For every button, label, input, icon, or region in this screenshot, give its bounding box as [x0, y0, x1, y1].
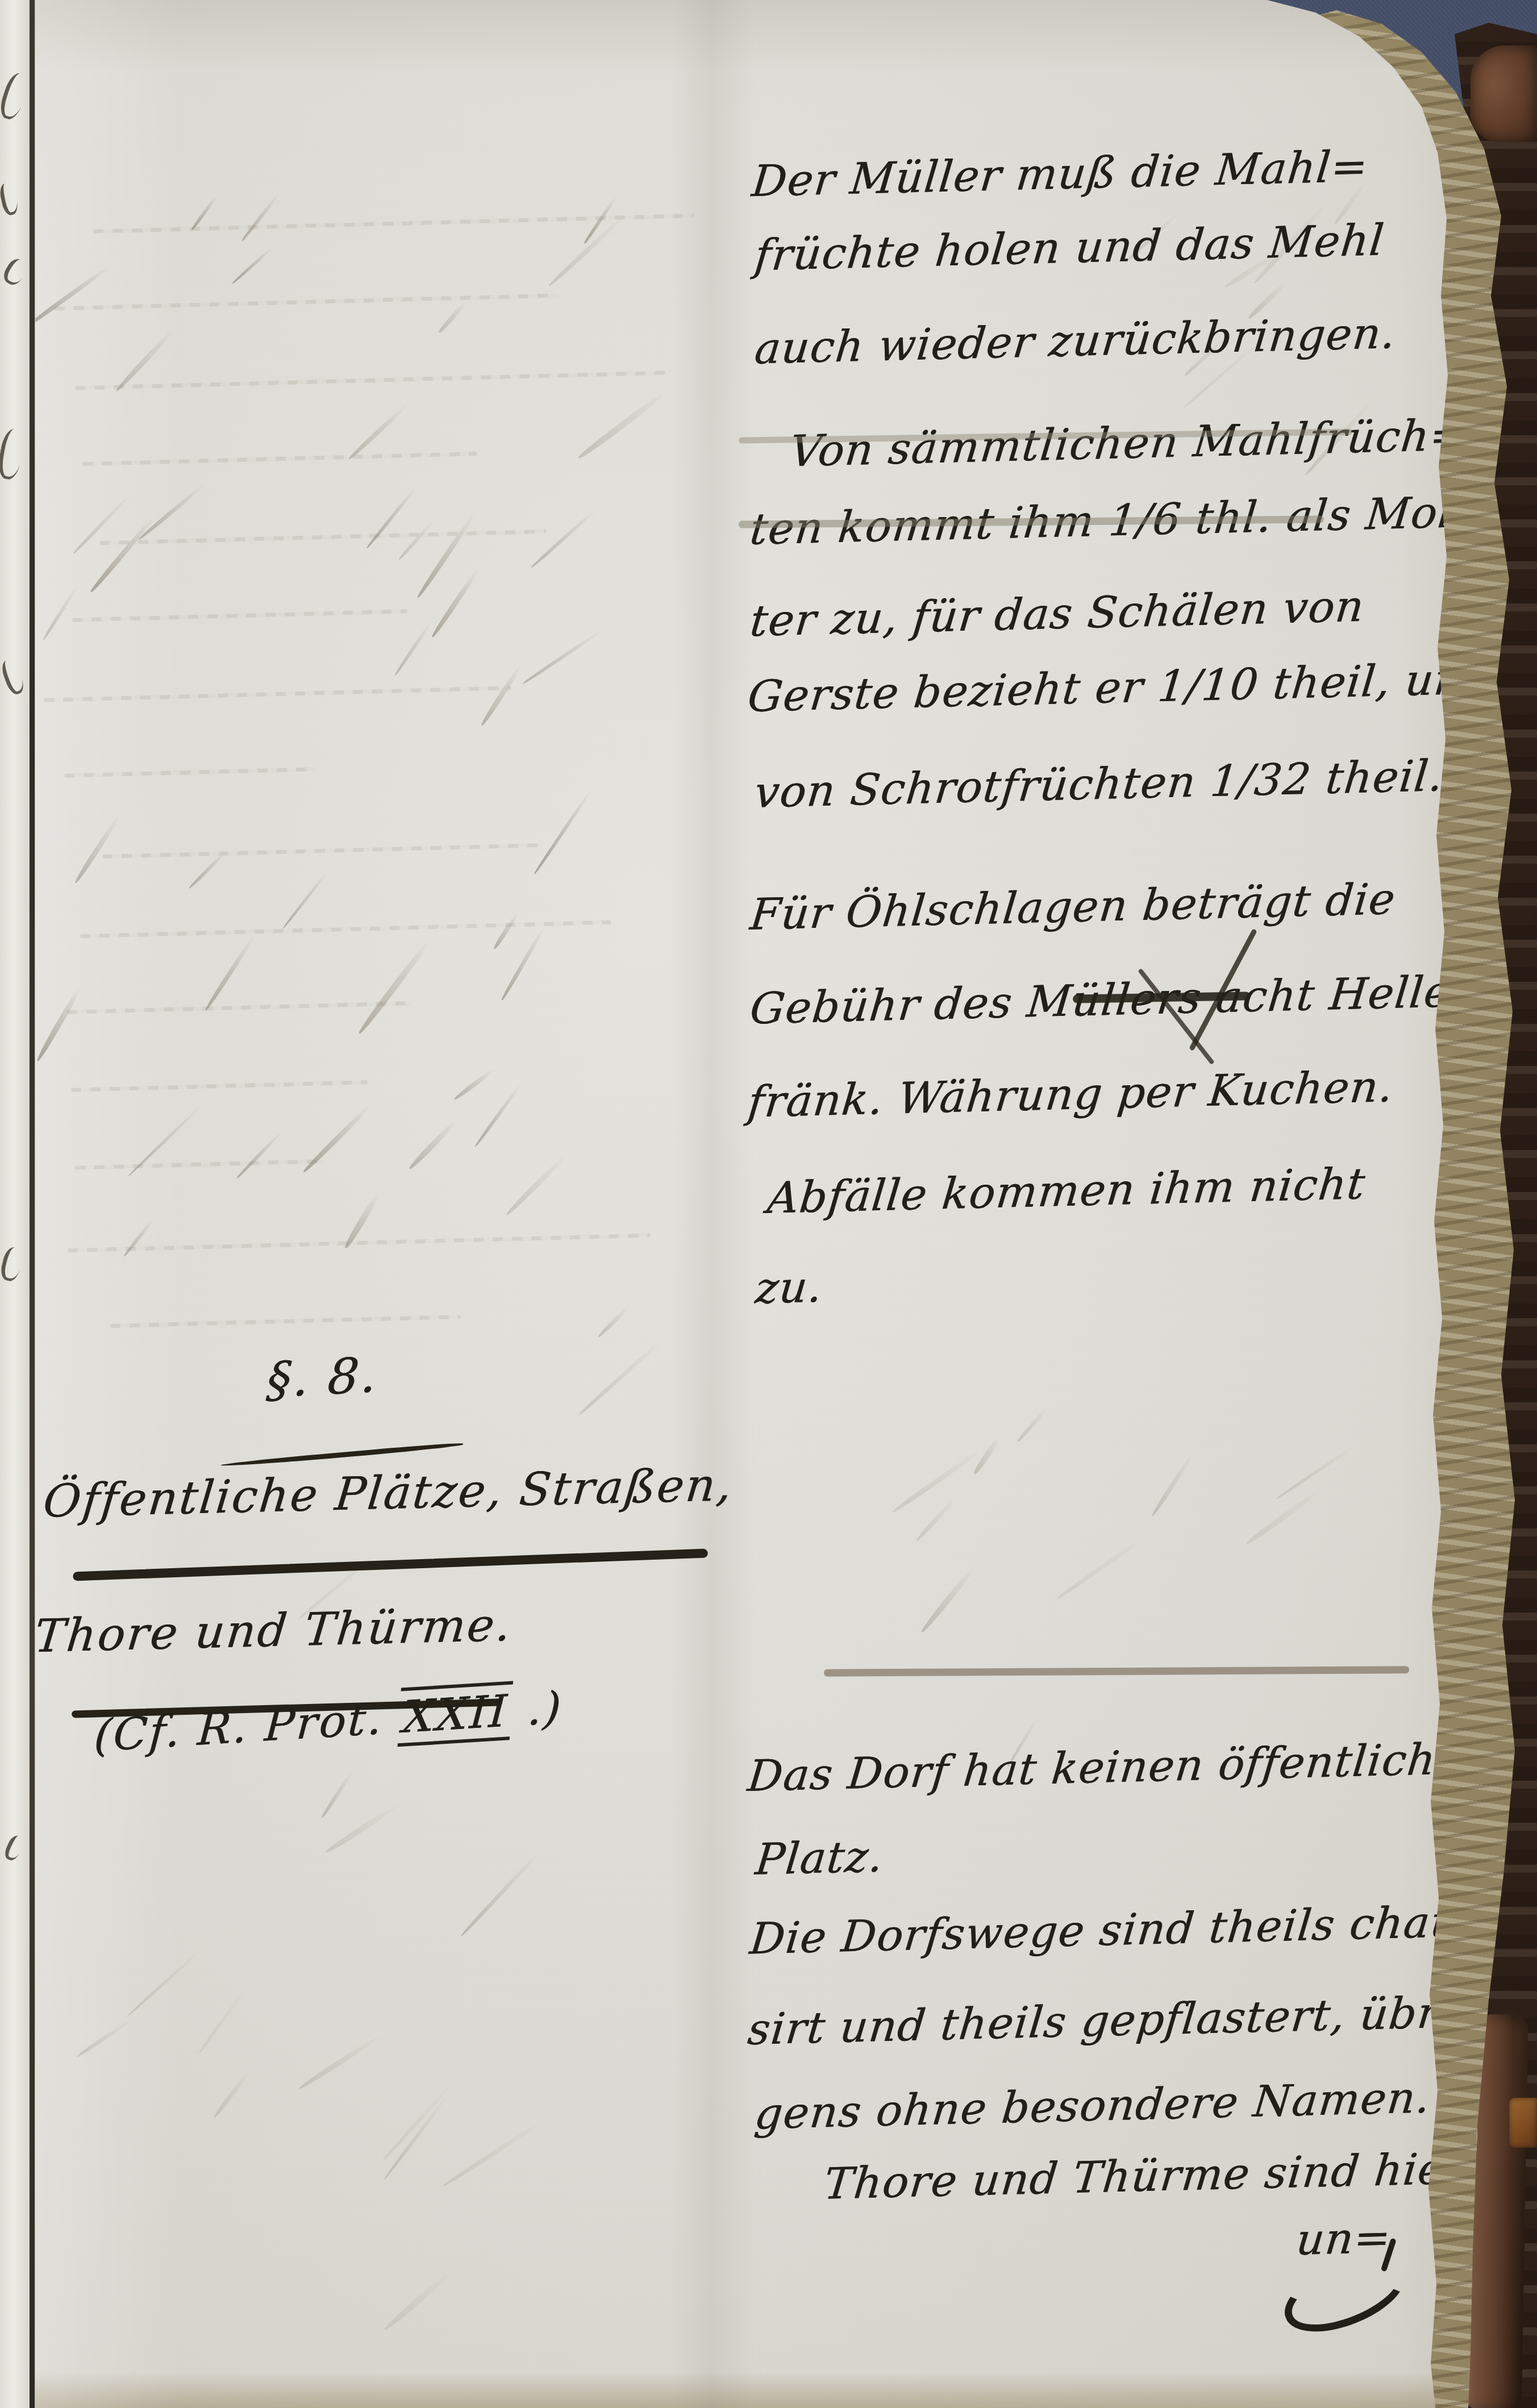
handwritten-line: sirt und theils gepflastert, übri=	[746, 1990, 1493, 2051]
bleed-through-scribble	[44, 686, 511, 702]
bleed-through-scribble	[110, 1315, 461, 1328]
leather-patch	[1471, 45, 1537, 142]
ink-fragment	[0, 657, 27, 697]
bleed-through-stroke	[533, 790, 592, 874]
bleed-through-stroke	[25, 265, 110, 329]
ink-fragment	[0, 427, 26, 481]
bleed-through-stroke	[320, 1772, 353, 1819]
handwritten-line: Abfälle kommen ihm nicht	[765, 1162, 1368, 1220]
bleed-through-stroke	[241, 193, 280, 242]
bleed-through-stroke	[213, 2073, 248, 2118]
handwritten-line: von Schrotfrüchten 1/32 theil.	[753, 754, 1446, 814]
bleed-through-stroke	[1245, 1490, 1319, 1547]
bleed-through-stroke	[531, 510, 595, 569]
bleed-through-stroke	[453, 1068, 495, 1101]
bleed-through-scribble	[55, 293, 557, 310]
bleed-through-scribble	[67, 1001, 411, 1014]
page-fold-line	[30, 0, 35, 2408]
bleed-through-stroke	[492, 913, 519, 950]
section-mark: §. 8.	[265, 1351, 380, 1405]
bleed-through-stroke	[578, 1342, 660, 1416]
bleed-through-stroke	[42, 585, 79, 641]
bleed-through-stroke	[500, 928, 544, 1001]
bleed-through-stroke	[188, 851, 227, 890]
handwritten-line: fränk. Währung per Kuchen.	[746, 1065, 1396, 1124]
bleed-through-scribble	[72, 609, 407, 622]
handwritten-line: Thore und Thürme sind hier	[822, 2147, 1468, 2205]
handwritten-line: ter zu, für das Schälen von	[748, 585, 1367, 643]
book-clasp	[1509, 2098, 1537, 2148]
protocol-reference-prefix: (Cf. R. Prot.	[93, 1693, 385, 1762]
bleed-through-stroke	[231, 246, 274, 285]
handwritten-line: Das Dorf hat keinen öffentlichen	[746, 1736, 1494, 1798]
bleed-through-scribble	[71, 1080, 368, 1092]
bleed-through-stroke	[383, 2097, 447, 2181]
bleed-through-stroke	[548, 216, 624, 288]
bleed-through-stroke	[198, 1992, 244, 2054]
ink-fragment	[0, 256, 30, 288]
bleed-through-stroke	[126, 1950, 201, 2017]
bleed-through-stroke	[357, 941, 430, 1035]
bleed-through-scribble	[68, 1234, 651, 1253]
protocol-reference-suffix: .)	[526, 1682, 564, 1736]
bleed-through-scribble	[82, 452, 477, 466]
bleed-through-scribble	[75, 1159, 325, 1170]
section-heading-line-1: Öffentliche Plätze, Straßen,	[41, 1462, 735, 1524]
bleed-through-stroke	[73, 816, 120, 885]
handwritten-line: Die Dorfswege sind theils chaus=	[748, 1899, 1521, 1961]
bleed-through-stroke	[282, 872, 327, 930]
smudge-line	[824, 1666, 1409, 1676]
bleed-through-scribble	[99, 530, 547, 545]
flourish-swirl	[1274, 2242, 1417, 2347]
handwritten-line: zu.	[753, 1265, 824, 1310]
bleed-through-stroke	[324, 1804, 398, 1855]
bleed-through-stroke	[35, 987, 82, 1062]
bleed-through-stroke	[383, 2273, 449, 2332]
bleed-through-stroke	[460, 1853, 538, 1937]
bleed-through-stroke	[204, 936, 255, 1011]
ink-fragment	[0, 70, 31, 122]
bleed-through-stroke	[1276, 1446, 1354, 1500]
heading-underline-1	[73, 1549, 708, 1581]
protocol-reference: (Cf. R. Prot. XXII .)	[93, 1686, 564, 1759]
bleed-through-scribble	[80, 920, 611, 938]
bleed-through-scribble	[75, 370, 666, 390]
bleed-through-stroke	[407, 1120, 457, 1171]
handwritten-line: gens ohne besondere Namen.	[753, 2076, 1433, 2136]
section-heading-line-2: Thore und Thürme.	[32, 1602, 514, 1659]
bleed-through-stroke	[1017, 1407, 1048, 1443]
bleed-through-stroke	[915, 1498, 956, 1542]
bleed-through-stroke	[480, 665, 522, 727]
bleed-through-stroke	[597, 1306, 629, 1338]
bleed-through-stroke	[522, 631, 601, 685]
bleed-through-stroke	[441, 2123, 539, 2189]
bleed-through-stroke	[430, 569, 479, 639]
ink-fragment	[0, 1245, 25, 1283]
bleed-through-stroke	[438, 301, 467, 334]
bleed-through-stroke	[892, 1450, 980, 1514]
bleed-through-stroke	[920, 1567, 976, 1634]
handwritten-line: Gerste bezieht er 1/10 theil, und	[746, 657, 1494, 718]
protocol-reference-numeral: XXII	[397, 1681, 513, 1747]
ink-fragment	[0, 182, 20, 216]
bleed-through-stroke	[138, 484, 205, 541]
bleed-through-stroke	[298, 2035, 380, 2090]
section-mark-underline	[220, 1442, 463, 1468]
handwritten-line: früchte holen und das Mehl	[753, 219, 1386, 277]
ink-fragment	[2, 1834, 26, 1863]
bleed-through-scribble	[93, 214, 694, 234]
handwritten-line: Der Müller muß die Mahl=	[750, 145, 1371, 203]
bleed-through-stroke	[236, 1131, 282, 1180]
handwritten-line: Platz.	[753, 1835, 886, 1881]
bleed-through-stroke	[76, 2020, 130, 2059]
bleed-through-stroke	[394, 621, 432, 676]
bleed-through-stroke	[123, 1218, 155, 1257]
bleed-through-scribble	[102, 843, 543, 859]
bleed-through-scribble	[64, 767, 315, 778]
bleed-through-stroke	[1056, 1540, 1140, 1601]
bleed-through-stroke	[505, 1155, 566, 1217]
bleed-through-stroke	[73, 495, 130, 555]
bleed-through-stroke	[577, 392, 665, 460]
bleed-through-stroke	[382, 2088, 449, 2161]
bleed-through-stroke	[1151, 1453, 1194, 1518]
bleed-through-stroke	[474, 1084, 522, 1148]
bleed-through-stroke	[398, 520, 434, 560]
handwritten-line: auch wieder zurückbringen.	[753, 311, 1398, 370]
bleed-through-stroke	[972, 1437, 1001, 1476]
handwritten-line: Von sämmtlichen Mahlfrüch=	[788, 413, 1469, 473]
book-page: §. 8. Öffentliche Plätze, Straßen, Thore…	[0, 0, 1537, 2408]
scanned-manuscript-page: §. 8. Öffentliche Plätze, Straßen, Thore…	[0, 0, 1537, 2408]
bleed-through-stroke	[348, 403, 409, 461]
bleed-through-stroke	[365, 486, 417, 549]
handwritten-line: Für Öhlschlagen beträgt die	[748, 877, 1398, 936]
